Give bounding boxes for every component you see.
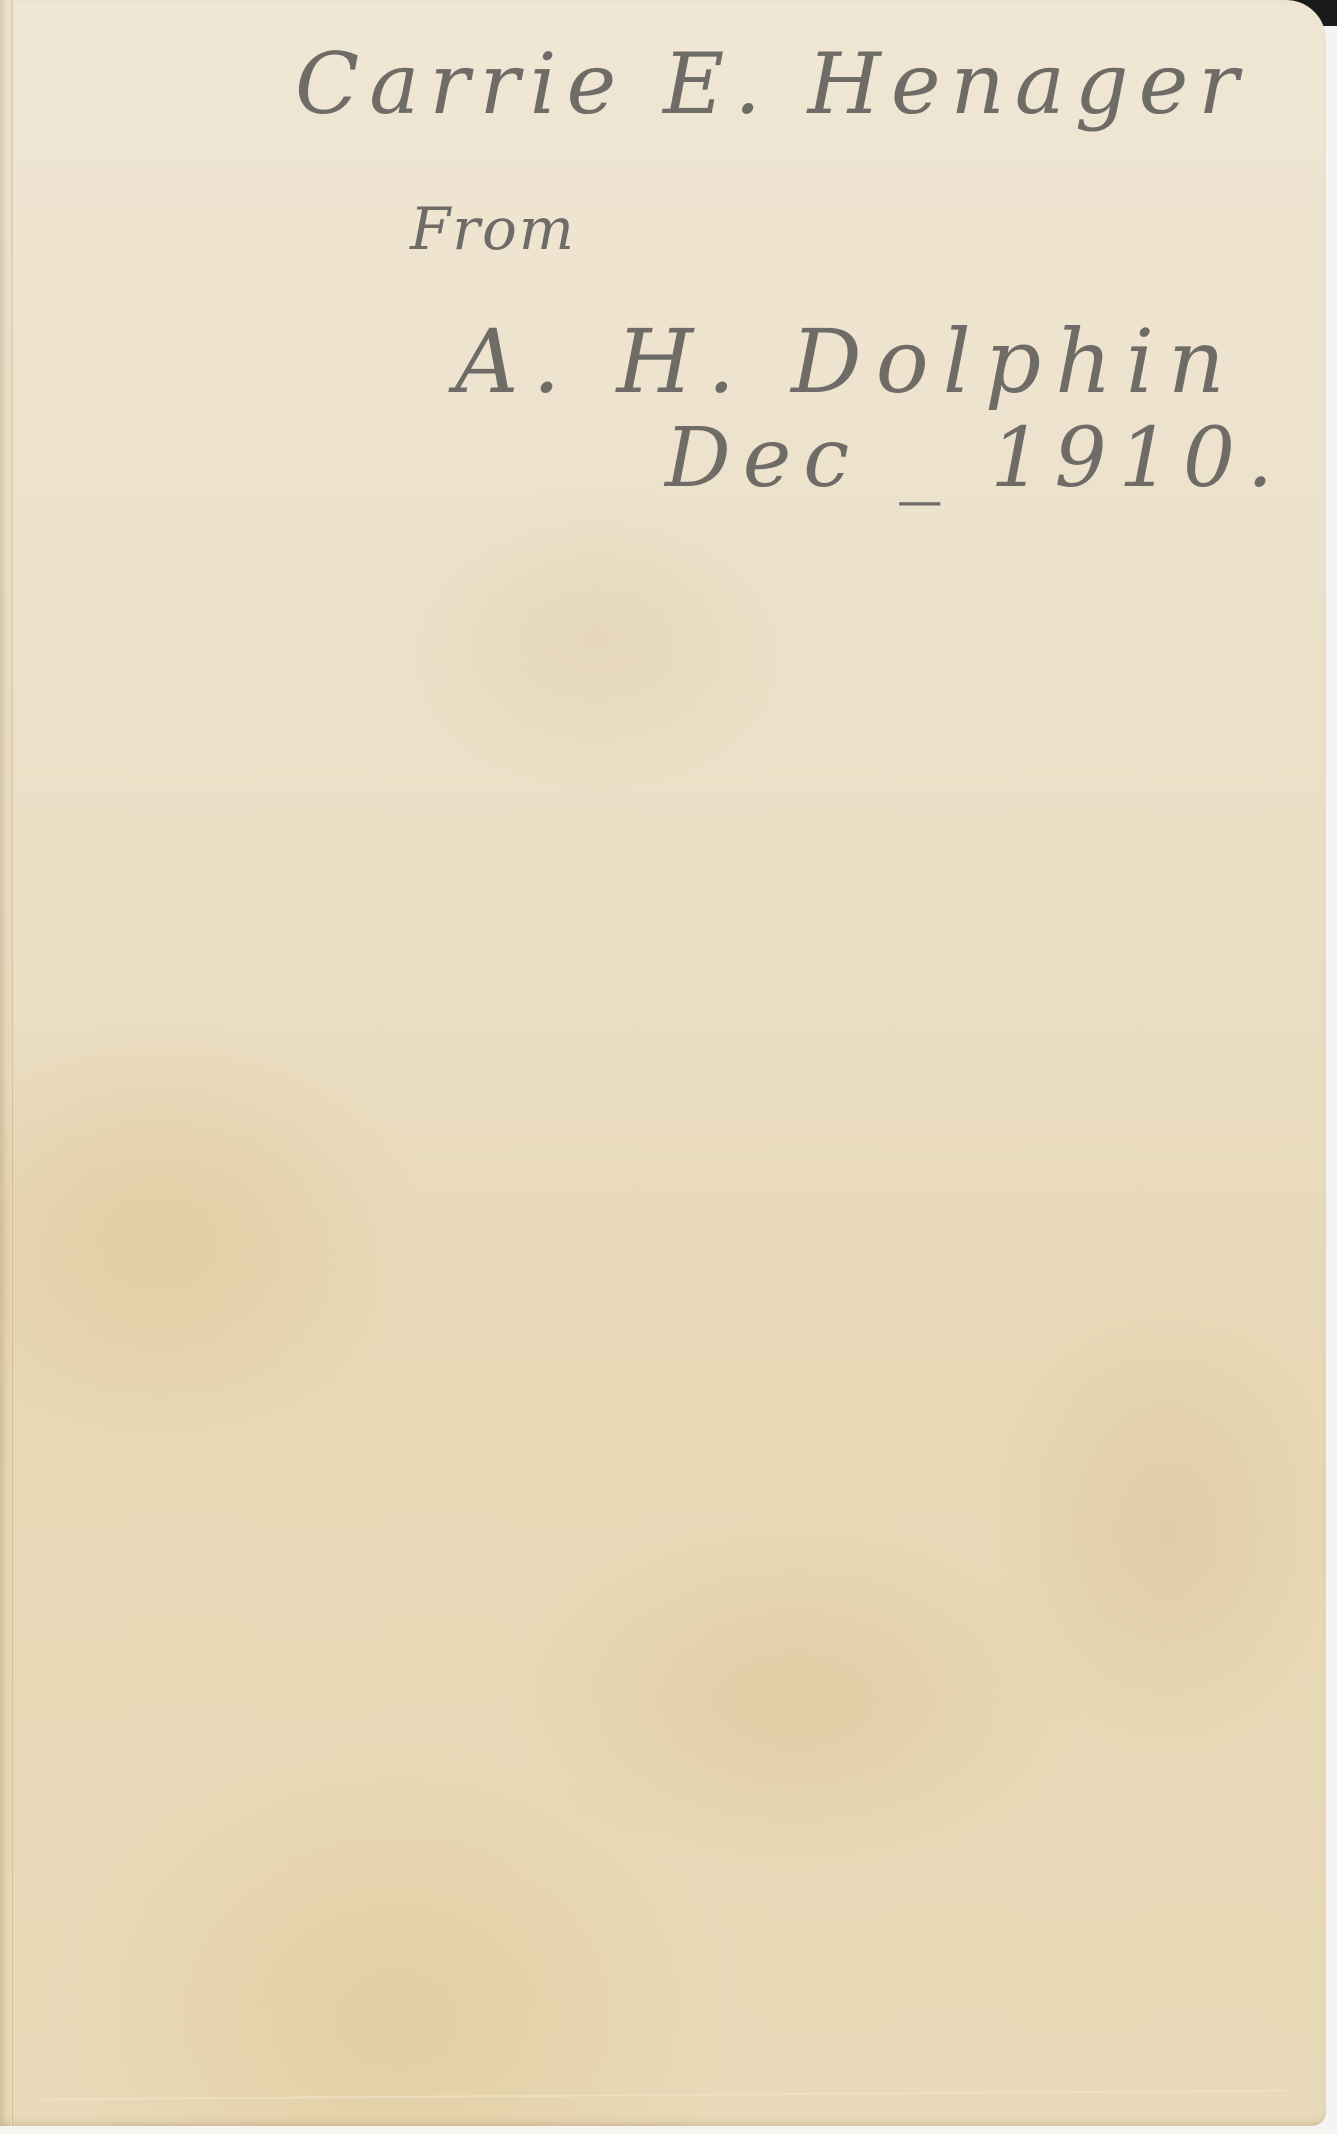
giver-name: A. H. Dolphin [455,318,1239,406]
torn-edge [40,2090,1286,2101]
handwritten-inscription: Carrie E. Henager From A. H. Dolphin Dec… [0,0,1337,600]
recipient-name: Carrie E. Henager [295,42,1248,126]
scanned-page: Carrie E. Henager From A. H. Dolphin Dec… [0,0,1337,2134]
flyleaf-page: Carrie E. Henager From A. H. Dolphin Dec… [0,0,1326,2126]
inscription-date: Dec _ 1910. [665,418,1285,500]
from-label: From [410,200,576,258]
